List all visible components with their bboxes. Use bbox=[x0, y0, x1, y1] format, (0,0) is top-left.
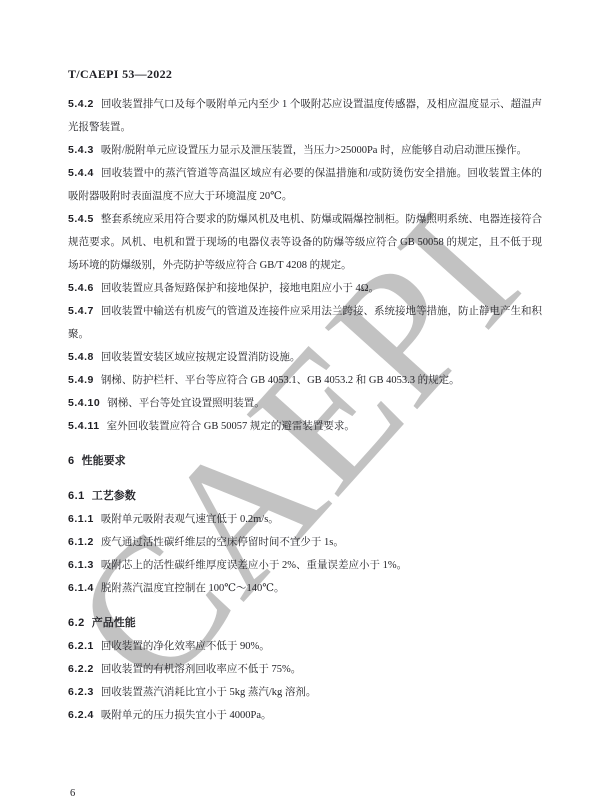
clause-text: 吸附单元吸附表观气速宜低于 0.2m/s。 bbox=[101, 514, 279, 525]
clause-number: 5.4.6 bbox=[68, 282, 94, 294]
clause-paragraph: 5.4.2回收装置排气口及每个吸附单元内至少 1 个吸附芯应设置温度传感器，及相… bbox=[68, 93, 542, 139]
clause-paragraph: 5.4.10钢梯、平台等处宜设置照明装置。 bbox=[68, 392, 542, 415]
clause-text: 回收装置的有机溶剂回收率应不低于 75%。 bbox=[101, 664, 301, 675]
page-number: 6 bbox=[70, 787, 75, 801]
clause-paragraph: 5.4.4回收装置中的蒸汽管道等高温区域应有必要的保温措施和/或防烫伤安全措施。… bbox=[68, 162, 542, 208]
clause-number: 6.1.4 bbox=[68, 582, 94, 594]
clause-paragraph: 5.4.3吸附/脱附单元应设置压力显示及泄压装置，当压力>25000Pa 时，应… bbox=[68, 139, 542, 162]
clause-text: 吸附单元的压力损失宜小于 4000Pa。 bbox=[101, 710, 272, 721]
clause-paragraph: 5.4.5整套系统应采用符合要求的防爆风机及电机、防爆或隔爆控制柜。防爆照明系统… bbox=[68, 208, 542, 277]
clause-number: 5.4.5 bbox=[68, 213, 94, 225]
clause-paragraph: 6.1.4脱附蒸汽温度宜控制在 100℃～140℃。 bbox=[68, 577, 542, 600]
clause-paragraph: 5.4.6回收装置应具备短路保护和接地保护，接地电阻应小于 4Ω。 bbox=[68, 277, 542, 300]
clause-text: 回收装置应具备短路保护和接地保护，接地电阻应小于 4Ω。 bbox=[101, 283, 379, 294]
clause-number: 6.2.1 bbox=[68, 640, 94, 652]
clause-number: 5.4.9 bbox=[68, 374, 94, 386]
clause-paragraph: 6.1.2废气通过活性碳纤维层的空床停留时间不宜少于 1s。 bbox=[68, 531, 542, 554]
clause-text: 整套系统应采用符合要求的防爆风机及电机、防爆或隔爆控制柜。防爆照明系统、电器连接… bbox=[68, 214, 542, 271]
clause-paragraph: 5.4.9钢梯、防护栏杆、平台等应符合 GB 4053.1、GB 4053.2 … bbox=[68, 369, 542, 392]
clause-text: 钢梯、防护栏杆、平台等应符合 GB 4053.1、GB 4053.2 和 GB … bbox=[101, 375, 460, 386]
clause-number: 5.4.11 bbox=[68, 420, 100, 432]
document-body: 5.4.2回收装置排气口及每个吸附单元内至少 1 个吸附芯应设置温度传感器，及相… bbox=[68, 93, 542, 727]
clause-text: 吸附芯上的活性碳纤维厚度误差应小于 2%、重量误差应小于 1%。 bbox=[101, 560, 407, 571]
clause-number: 5.4.4 bbox=[68, 167, 94, 179]
clause-paragraph: 6.2.3回收装置蒸汽消耗比宜小于 5kg 蒸汽/kg 溶剂。 bbox=[68, 681, 542, 704]
document-page: CAEPI T/CAEPI 53—2022 5.4.2回收装置排气口及每个吸附单… bbox=[0, 0, 600, 807]
clause-text: 回收装置中输送有机废气的管道及连接件应采用法兰跨接、系统接地等措施，防止静电产生… bbox=[68, 306, 542, 340]
clause-paragraph: 6.1.3吸附芯上的活性碳纤维厚度误差应小于 2%、重量误差应小于 1%。 bbox=[68, 554, 542, 577]
clause-text: 脱附蒸汽温度宜控制在 100℃～140℃。 bbox=[101, 583, 285, 594]
standard-number-header: T/CAEPI 53—2022 bbox=[68, 66, 542, 82]
clause-paragraph: 6.1.1吸附单元吸附表观气速宜低于 0.2m/s。 bbox=[68, 508, 542, 531]
clause-paragraph: 6.2.2回收装置的有机溶剂回收率应不低于 75%。 bbox=[68, 658, 542, 681]
clause-number: 6.1 bbox=[68, 490, 85, 502]
clause-paragraph: 5.4.7回收装置中输送有机废气的管道及连接件应采用法兰跨接、系统接地等措施，防… bbox=[68, 300, 542, 346]
clause-paragraph: 6.2.4吸附单元的压力损失宜小于 4000Pa。 bbox=[68, 704, 542, 727]
section-heading: 6性能要求 bbox=[68, 450, 542, 473]
clause-number: 5.4.8 bbox=[68, 351, 94, 363]
clause-paragraph: 5.4.11室外回收装置应符合 GB 50057 规定的避雷装置要求。 bbox=[68, 415, 542, 438]
clause-number: 6.1.3 bbox=[68, 559, 94, 571]
clause-text: 工艺参数 bbox=[92, 490, 136, 502]
clause-text: 废气通过活性碳纤维层的空床停留时间不宜少于 1s。 bbox=[101, 537, 344, 548]
clause-text: 室外回收装置应符合 GB 50057 规定的避雷装置要求。 bbox=[107, 421, 355, 432]
clause-text: 吸附/脱附单元应设置压力显示及泄压装置，当压力>25000Pa 时，应能够自动启… bbox=[101, 145, 527, 156]
clause-text: 产品性能 bbox=[92, 617, 136, 629]
clause-number: 6.1.1 bbox=[68, 513, 94, 525]
clause-number: 5.4.2 bbox=[68, 98, 94, 110]
clause-number: 5.4.10 bbox=[68, 397, 100, 409]
clause-text: 回收装置中的蒸汽管道等高温区域应有必要的保温措施和/或防烫伤安全措施。回收装置主… bbox=[68, 168, 542, 202]
clause-number: 5.4.3 bbox=[68, 144, 94, 156]
clause-paragraph: 6.2.1回收装置的净化效率应不低于 90%。 bbox=[68, 635, 542, 658]
clause-number: 6.2.3 bbox=[68, 686, 94, 698]
clause-text: 回收装置排气口及每个吸附单元内至少 1 个吸附芯应设置温度传感器，及相应温度显示… bbox=[68, 99, 542, 133]
clause-text: 回收装置的净化效率应不低于 90%。 bbox=[101, 641, 270, 652]
clause-number: 6.2.4 bbox=[68, 709, 94, 721]
clause-number: 6.1.2 bbox=[68, 536, 94, 548]
clause-number: 6 bbox=[68, 455, 75, 467]
clause-number: 5.4.7 bbox=[68, 305, 94, 317]
clause-text: 钢梯、平台等处宜设置照明装置。 bbox=[107, 398, 265, 409]
clause-text: 性能要求 bbox=[82, 455, 126, 467]
clause-text: 回收装置蒸汽消耗比宜小于 5kg 蒸汽/kg 溶剂。 bbox=[101, 687, 317, 698]
section-heading: 6.2产品性能 bbox=[68, 612, 542, 635]
page-content: T/CAEPI 53—2022 5.4.2回收装置排气口及每个吸附单元内至少 1… bbox=[68, 66, 542, 727]
section-heading: 6.1工艺参数 bbox=[68, 485, 542, 508]
clause-paragraph: 5.4.8回收装置安装区域应按规定设置消防设施。 bbox=[68, 346, 542, 369]
clause-text: 回收装置安装区域应按规定设置消防设施。 bbox=[101, 352, 301, 363]
clause-number: 6.2.2 bbox=[68, 663, 94, 675]
clause-number: 6.2 bbox=[68, 617, 85, 629]
